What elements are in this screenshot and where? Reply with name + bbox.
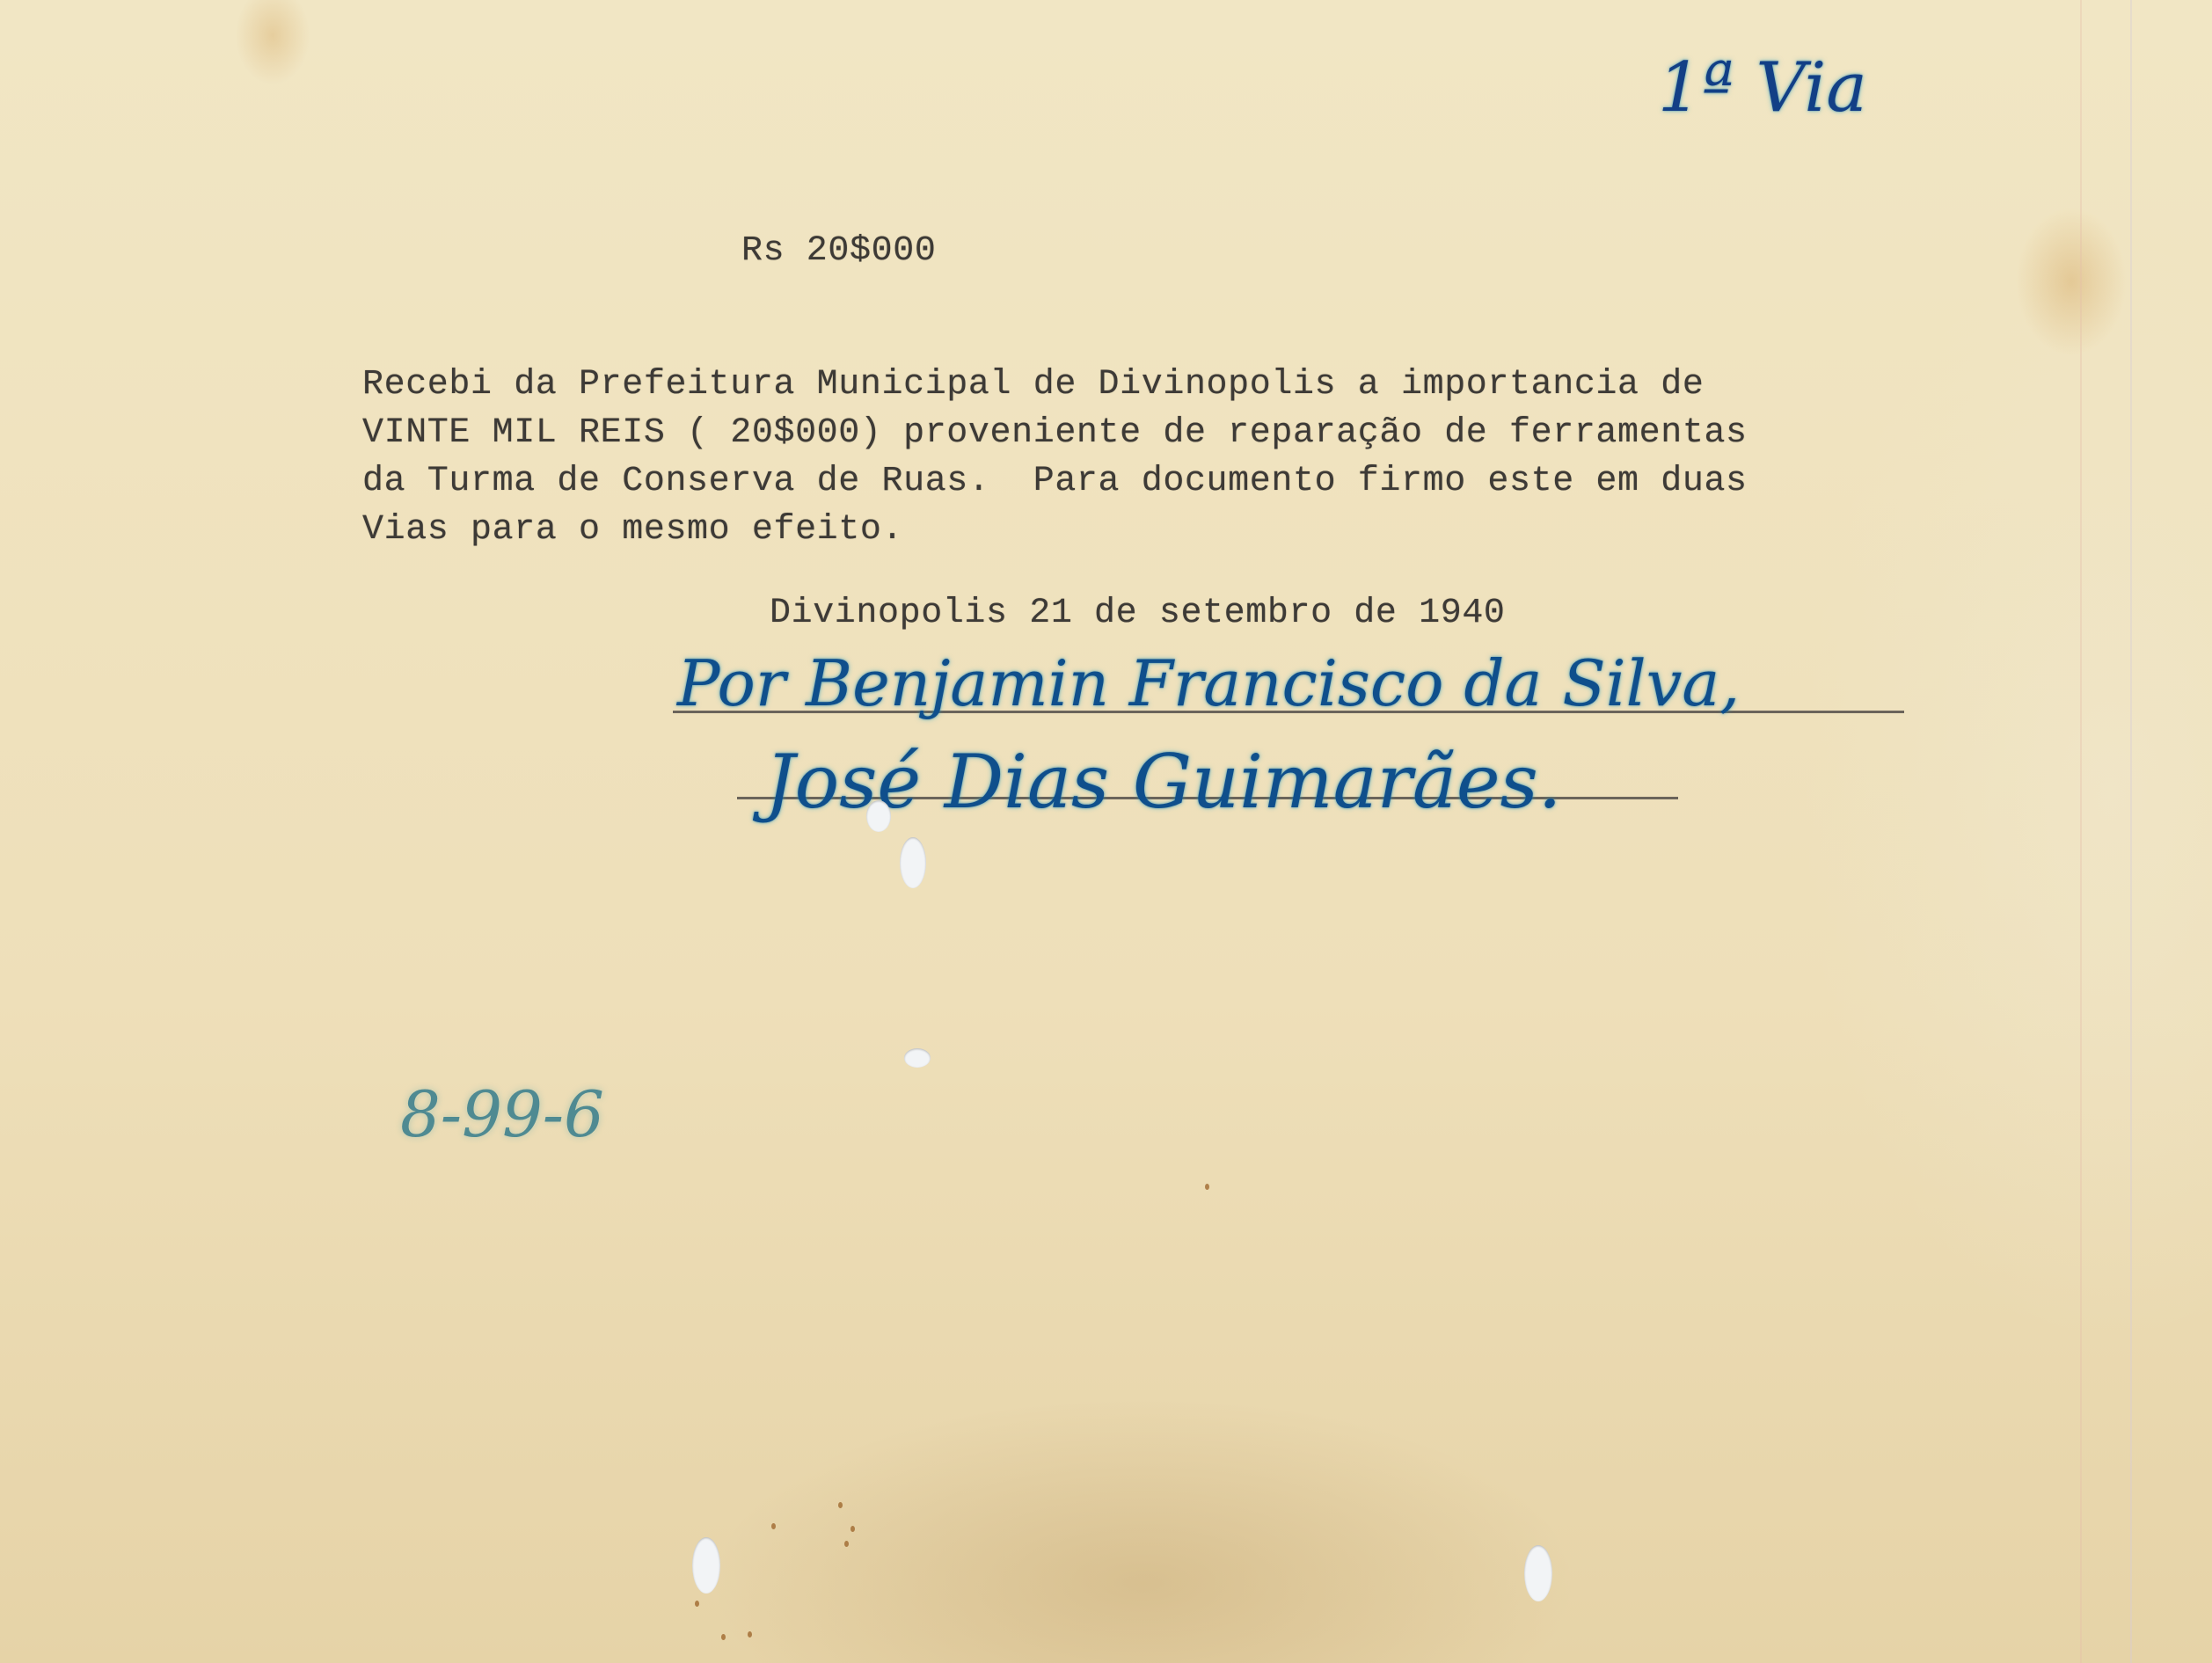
- paper-fold-line: [2080, 0, 2082, 1663]
- foxing-spot: [771, 1523, 776, 1529]
- reference-number: 8-99-6: [400, 1077, 604, 1151]
- foxing-spot: [850, 1526, 855, 1532]
- punch-hole: [904, 1048, 931, 1068]
- foxing-spot: [721, 1634, 726, 1640]
- punch-hole: [866, 800, 891, 832]
- foxing-spot: [844, 1541, 849, 1547]
- body-line: Recebi da Prefeitura Municipal de Divino…: [362, 361, 1748, 409]
- body-line: da Turma de Conserva de Ruas. Para docum…: [362, 457, 1748, 506]
- foxing-spot: [748, 1631, 752, 1637]
- foxing-spot: [1205, 1184, 1209, 1190]
- foxing-spot: [695, 1601, 699, 1607]
- amount-header: Rs 20$000: [741, 227, 936, 275]
- punch-hole: [900, 837, 926, 888]
- receipt-body: Recebi da Prefeitura Municipal de Divino…: [362, 361, 1748, 554]
- body-line: VINTE MIL REIS ( 20$000) proveniente de …: [362, 409, 1748, 457]
- copy-mark: 1ª Via: [1658, 48, 1867, 128]
- punch-hole: [1524, 1545, 1552, 1601]
- place-date: Divinopolis 21 de setembro de 1940: [770, 589, 1506, 638]
- foxing-spot: [838, 1502, 843, 1508]
- signature-benjamin: Por Benjamin Francisco da Silva,: [677, 646, 1740, 720]
- body-line: Vias para o mesmo efeito.: [362, 506, 1748, 554]
- punch-hole: [692, 1537, 720, 1594]
- paper-fold-line: [2130, 0, 2132, 1663]
